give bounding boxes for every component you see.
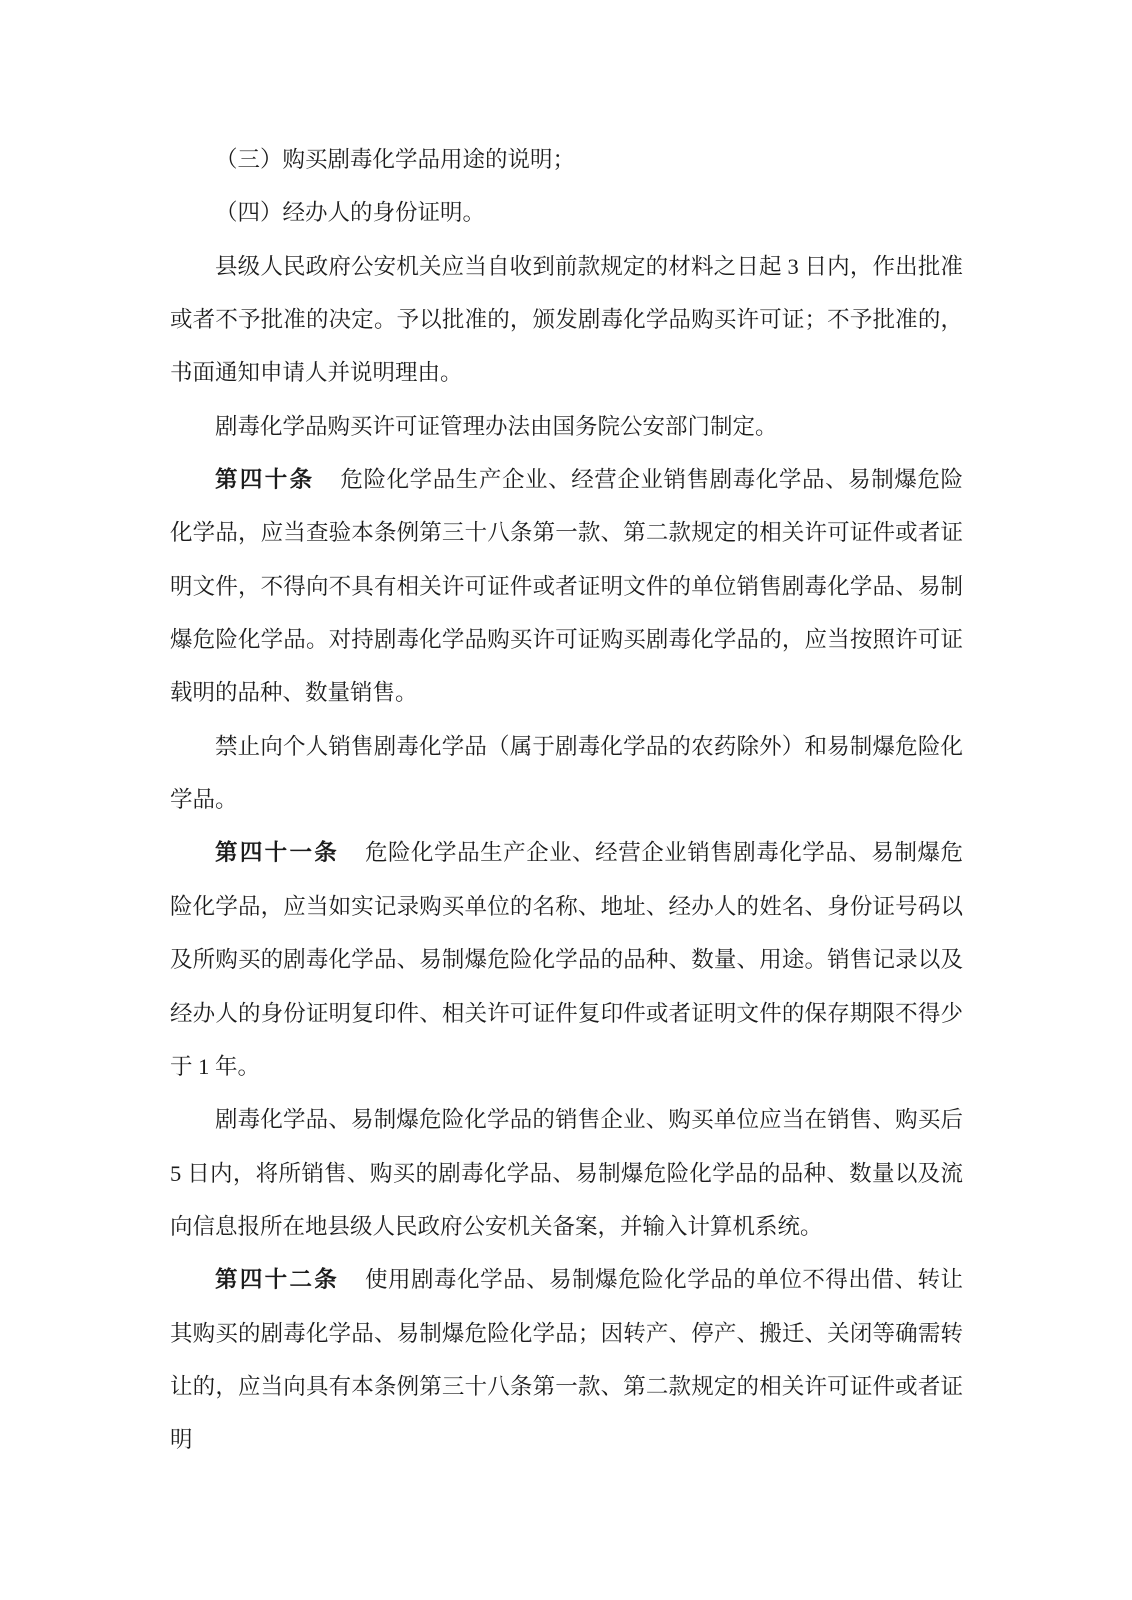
- paragraph-text: 危险化学品生产企业、经营企业销售剧毒化学品、易制爆危险化学品，应当如实记录购买单…: [170, 840, 963, 1078]
- article-paragraph: 第四十条危险化学品生产企业、经营企业销售剧毒化学品、易制爆危险化学品，应当查验本…: [170, 453, 963, 720]
- paragraph: 剧毒化学品购买许可证管理办法由国务院公安部门制定。: [170, 400, 963, 453]
- paragraph: 禁止向个人销售剧毒化学品（属于剧毒化学品的农药除外）和易制爆危险化学品。: [170, 720, 963, 827]
- paragraph-text: （三）购买剧毒化学品用途的说明；: [215, 147, 575, 172]
- article-number: 第四十条: [215, 467, 315, 492]
- paragraph-text: 剧毒化学品、易制爆危险化学品的销售企业、购买单位应当在销售、购买后 5 日内，将…: [170, 1107, 963, 1239]
- text-column: （三）购买剧毒化学品用途的说明；（四）经办人的身份证明。县级人民政府公安机关应当…: [170, 133, 963, 1467]
- article-number: 第四十一条: [215, 840, 339, 865]
- document-page: （三）购买剧毒化学品用途的说明；（四）经办人的身份证明。县级人民政府公安机关应当…: [0, 0, 1132, 1600]
- paragraph: 县级人民政府公安机关应当自收到前款规定的材料之日起 3 日内，作出批准或者不予批…: [170, 240, 963, 400]
- paragraph-text: 使用剧毒化学品、易制爆危险化学品的单位不得出借、转让其购买的剧毒化学品、易制爆危…: [170, 1267, 963, 1452]
- paragraph: （四）经办人的身份证明。: [170, 186, 963, 239]
- article-paragraph: 第四十一条危险化学品生产企业、经营企业销售剧毒化学品、易制爆危险化学品，应当如实…: [170, 826, 963, 1093]
- article-number: 第四十二条: [215, 1267, 339, 1292]
- paragraph-text: 危险化学品生产企业、经营企业销售剧毒化学品、易制爆危险化学品，应当查验本条例第三…: [170, 467, 963, 705]
- paragraph-text: （四）经办人的身份证明。: [215, 200, 485, 225]
- paragraph: 剧毒化学品、易制爆危险化学品的销售企业、购买单位应当在销售、购买后 5 日内，将…: [170, 1093, 963, 1253]
- paragraph-text: 县级人民政府公安机关应当自收到前款规定的材料之日起 3 日内，作出批准或者不予批…: [170, 254, 963, 386]
- paragraph-text: 剧毒化学品购买许可证管理办法由国务院公安部门制定。: [215, 414, 778, 439]
- paragraph: （三）购买剧毒化学品用途的说明；: [170, 133, 963, 186]
- paragraph-text: 禁止向个人销售剧毒化学品（属于剧毒化学品的农药除外）和易制爆危险化学品。: [170, 734, 963, 812]
- article-paragraph: 第四十二条使用剧毒化学品、易制爆危险化学品的单位不得出借、转让其购买的剧毒化学品…: [170, 1253, 963, 1466]
